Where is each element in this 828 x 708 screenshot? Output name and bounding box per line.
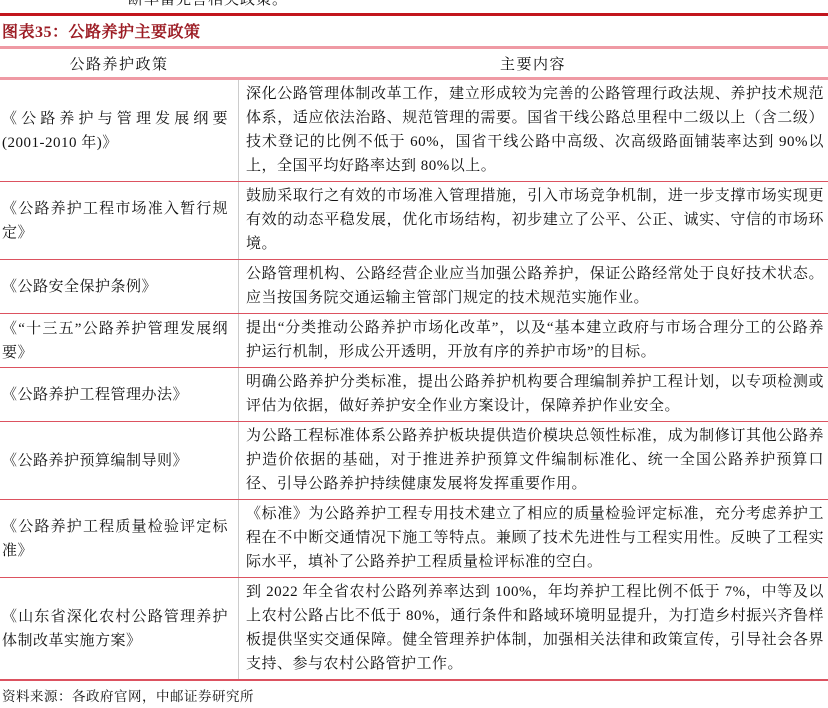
table-row: 《公路养护与管理发展纲要(2001-2010 年)》 深化公路管理体制改革工作，… — [0, 80, 828, 182]
policy-content-cell: 提出“分类推动公路养护市场化改革”，以及“基本建立政府与市场合理分工的公路养护运… — [238, 314, 828, 367]
data-source-note: 资料来源：各政府官网，中邮证券研究所 — [0, 681, 828, 705]
table-row: 《公路养护预算编制导则》 为公路工程标准体系公路养护板块提供造价模块总领性标准，… — [0, 422, 828, 500]
table-row: 《公路养护工程市场准入暂行规定》 鼓励采取行之有效的市场准入管理措施，引入市场竞… — [0, 182, 828, 260]
table-row: 《公路养护工程质量检验评定标准》 《标准》为公路养护工程专用技术建立了相应的质量… — [0, 500, 828, 578]
truncated-paragraph-text: 断丰富完善相关政策。 — [128, 0, 288, 9]
table-row: 《公路养护工程管理办法》 明确公路养护分类标准，提出公路养护机构要合理编制养护工… — [0, 368, 828, 422]
policy-name-cell: 《“十三五”公路养护管理发展纲要》 — [0, 314, 238, 367]
policy-name-cell: 《公路养护预算编制导则》 — [0, 422, 238, 499]
policy-name-cell: 《公路养护工程质量检验评定标准》 — [0, 500, 238, 577]
report-page: 断丰富完善相关政策。 图表35：公路养护主要政策 公路养护政策 主要内容 《公路… — [0, 0, 828, 708]
policy-name-cell: 《公路养护工程市场准入暂行规定》 — [0, 182, 238, 259]
policy-content-cell: 《标准》为公路养护工程专用技术建立了相应的质量检验评定标准，充分考虑养护工程在不… — [238, 500, 828, 577]
policy-name-cell: 《公路养护工程管理办法》 — [0, 368, 238, 421]
policy-content-cell: 鼓励采取行之有效的市场准入管理措施，引入市场竞争机制，进一步支撑市场实现更有效的… — [238, 182, 828, 259]
policy-content-cell: 公路管理机构、公路经营企业应当加强公路养护，保证公路经常处于良好技术状态。应当按… — [238, 260, 828, 313]
truncated-paragraph-line: 断丰富完善相关政策。 — [0, 0, 828, 11]
table-row: 《山东省深化农村公路管理养护体制改革实施方案》 到 2022 年全省农村公路列养… — [0, 578, 828, 681]
column-header-content: 主要内容 — [238, 49, 828, 77]
table-header-row: 公路养护政策 主要内容 — [0, 49, 828, 80]
policy-content-cell: 深化公路管理体制改革工作，建立形成较为完善的公路管理行政法规、养护技术规范体系，… — [238, 80, 828, 181]
policy-content-cell: 明确公路养护分类标准，提出公路养护机构要合理编制养护工程计划，以专项检测或评估为… — [238, 368, 828, 421]
policy-name-cell: 《公路安全保护条例》 — [0, 260, 238, 313]
column-header-policy: 公路养护政策 — [0, 49, 238, 77]
policy-table: 公路养护政策 主要内容 《公路养护与管理发展纲要(2001-2010 年)》 深… — [0, 49, 828, 681]
figure-title: 图表35：公路养护主要政策 — [0, 16, 828, 49]
table-row: 《“十三五”公路养护管理发展纲要》 提出“分类推动公路养护市场化改革”，以及“基… — [0, 314, 828, 368]
table-row: 《公路安全保护条例》 公路管理机构、公路经营企业应当加强公路养护，保证公路经常处… — [0, 260, 828, 314]
policy-name-cell: 《公路养护与管理发展纲要(2001-2010 年)》 — [0, 80, 238, 181]
policy-content-cell: 为公路工程标准体系公路养护板块提供造价模块总领性标准，成为制修订其他公路养护造价… — [238, 422, 828, 499]
policy-content-cell: 到 2022 年全省农村公路列养率达到 100%，年均养护工程比例不低于 7%，… — [238, 578, 828, 679]
policy-name-cell: 《山东省深化农村公路管理养护体制改革实施方案》 — [0, 578, 238, 679]
